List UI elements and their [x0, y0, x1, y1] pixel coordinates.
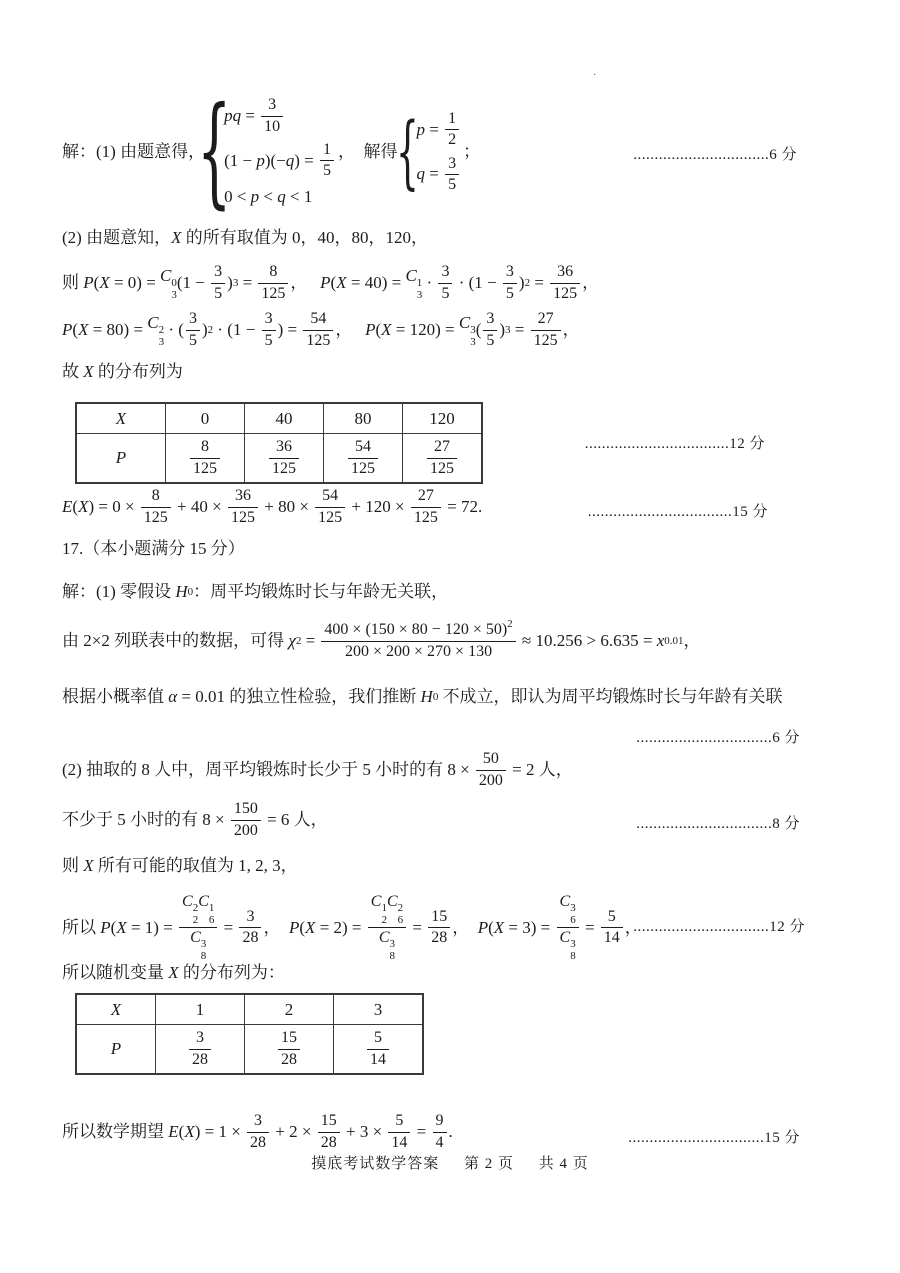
fraction: 35: [445, 155, 459, 195]
fraction: 514: [601, 908, 623, 948]
fraction: 36125: [550, 263, 580, 303]
fraction: 514: [367, 1029, 389, 1069]
p17-distribution-table: X123P3281528514: [75, 993, 424, 1075]
table-cell: 2: [245, 994, 334, 1025]
score-mark-12pts-p16: ..................................12 分: [585, 432, 765, 453]
fraction: 8125: [258, 263, 288, 303]
fraction: 35: [438, 263, 452, 303]
fraction: 15: [320, 141, 334, 181]
table-cell: 0: [166, 403, 245, 434]
combination-symbol: C23: [147, 312, 164, 348]
fraction: 35: [186, 310, 200, 350]
fraction: 27125: [531, 310, 561, 350]
table-cell: X: [76, 403, 166, 434]
combination-symbol: C38: [560, 929, 576, 962]
fraction: 1528: [318, 1112, 340, 1152]
fraction: 8125: [190, 438, 220, 478]
table-cell: 514: [334, 1025, 424, 1075]
combination-symbol: C22: [182, 893, 198, 926]
fraction: 35: [262, 310, 276, 350]
combination-symbol: C16: [198, 893, 214, 926]
p16-distribution-intro-line: 故 X 的分布列为: [62, 361, 845, 383]
fraction: 328: [247, 1112, 269, 1152]
combination-symbol: C03: [160, 265, 177, 301]
exam-answer-page: · 解：(1) 由题意得，{pq = 310(1 − p)(−q) = 150 …: [0, 0, 900, 1273]
table-cell: 27125: [403, 434, 483, 484]
table-cell: X: [76, 994, 156, 1025]
equation-system: {pq = 310(1 − p)(−q) = 150 < p < q < 1: [207, 96, 336, 208]
fraction: 328: [189, 1029, 211, 1069]
p16-prob-x80-x120-line: P(X = 80) = C23 · (35)2 · (1 − 35) = 541…: [62, 307, 845, 353]
p17-chi-square-line: 由 2×2 列联表中的数据，可得 χ2 = 400 × (150 × 80 − …: [62, 614, 845, 668]
fraction: 27125: [411, 487, 441, 527]
p16-distribution-table: X04080120P8125361255412527125: [75, 402, 483, 484]
table-cell: 8125: [166, 434, 245, 484]
table-cell: 120: [403, 403, 483, 434]
combination-symbol: C36: [560, 893, 576, 926]
footer-title: 摸底考试数学答案: [311, 1156, 439, 1172]
table-cell: 328: [156, 1025, 245, 1075]
distribution-table: X04080120P8125361255412527125: [75, 402, 483, 484]
table-cell: 1528: [245, 1025, 334, 1075]
footer-total-pages: 共 4 页: [539, 1156, 589, 1172]
score-mark-8pts-p17: ................................8 分: [636, 812, 800, 833]
fraction: 35: [503, 263, 517, 303]
fraction: 36125: [228, 487, 258, 527]
score-mark-15pts-p17: ................................15 分: [628, 1126, 800, 1147]
score-mark-6pts-p16: ................................6 分: [633, 143, 797, 164]
p17-conclusion-line: 根据小概率值 α = 0.01 的独立性检验，我们推断 H0 不成立，即认为周平…: [62, 686, 845, 708]
fraction: 1528: [278, 1029, 300, 1069]
p17-hypothesis-line: 解：(1) 零假设 H0：周平均锻炼时长与年龄无关联，: [62, 581, 845, 603]
p17-title-line: 17.（本小题满分 15 分）: [62, 538, 845, 560]
p17-distribution-intro-line: 所以随机变量 X 的分布列为：: [62, 962, 845, 984]
fraction: 35: [483, 310, 497, 350]
combination-symbol: C38: [190, 929, 206, 962]
table-row: X04080120: [76, 403, 482, 434]
stray-dot-mark: ·: [593, 70, 596, 81]
fraction: 27125: [427, 438, 457, 478]
table-row: X123: [76, 994, 423, 1025]
fraction: 35: [211, 263, 225, 303]
combination-symbol: C33: [459, 312, 476, 348]
combination-symbol: C38: [379, 929, 395, 962]
fraction: C12C26C38: [368, 893, 406, 962]
fraction: 54125: [348, 438, 378, 478]
fraction: 310: [261, 96, 283, 136]
page-footer: 摸底考试数学答案 第 2 页 共 4 页: [0, 1152, 900, 1173]
table-cell: 36125: [245, 434, 324, 484]
score-mark-15pts-p16: ..................................15 分: [588, 500, 768, 521]
p16-prob-x0-x40-line: 则 P(X = 0) = C03(1 − 35)3 = 8125， P(X = …: [62, 260, 845, 306]
fraction: C36C38: [557, 893, 579, 962]
fraction: 400 × (150 × 80 − 120 × 50)2200 × 200 × …: [321, 621, 515, 661]
distribution-table: X123P3281528514: [75, 993, 424, 1075]
fraction: 54125: [315, 487, 345, 527]
fraction: 94: [433, 1112, 447, 1152]
fraction: 12: [445, 110, 459, 150]
combination-symbol: C26: [387, 893, 403, 926]
table-row: P3281528514: [76, 1025, 423, 1075]
table-cell: 40: [245, 403, 324, 434]
table-cell: P: [76, 1025, 156, 1075]
fraction: 514: [388, 1112, 410, 1152]
fraction: 8125: [141, 487, 171, 527]
table-cell: 54125: [324, 434, 403, 484]
table-cell: 80: [324, 403, 403, 434]
table-cell: 3: [334, 994, 424, 1025]
equation-system: {p = 12q = 35: [400, 110, 462, 195]
footer-page-number: 第 2 页: [464, 1156, 514, 1172]
table-row: P8125361255412527125: [76, 434, 482, 484]
fraction: C22C16C38: [179, 893, 217, 962]
fraction: 36125: [269, 438, 299, 478]
fraction: 150200: [231, 800, 261, 840]
p17-x-values-line: 则 X 所有可能的取值为 1, 2, 3，: [62, 855, 845, 877]
p16-part2-values-line: (2) 由题意知，X 的所有取值为 0，40，80，120，: [62, 227, 845, 249]
combination-symbol: C12: [371, 893, 387, 926]
fraction: 50200: [476, 750, 506, 790]
p17-part2-sample-line: (2) 抽取的 8 人中，周平均锻炼时长少于 5 小时的有 8 × 50200 …: [62, 746, 845, 794]
table-cell: 1: [156, 994, 245, 1025]
table-cell: P: [76, 434, 166, 484]
fraction: 1528: [428, 908, 450, 948]
score-mark-6pts-p17: ................................6 分: [636, 726, 800, 747]
fraction: 54125: [303, 310, 333, 350]
fraction: 328: [239, 908, 261, 948]
combination-symbol: C13: [405, 265, 422, 301]
score-mark-12pts-p17: ................................12 分: [633, 915, 805, 936]
